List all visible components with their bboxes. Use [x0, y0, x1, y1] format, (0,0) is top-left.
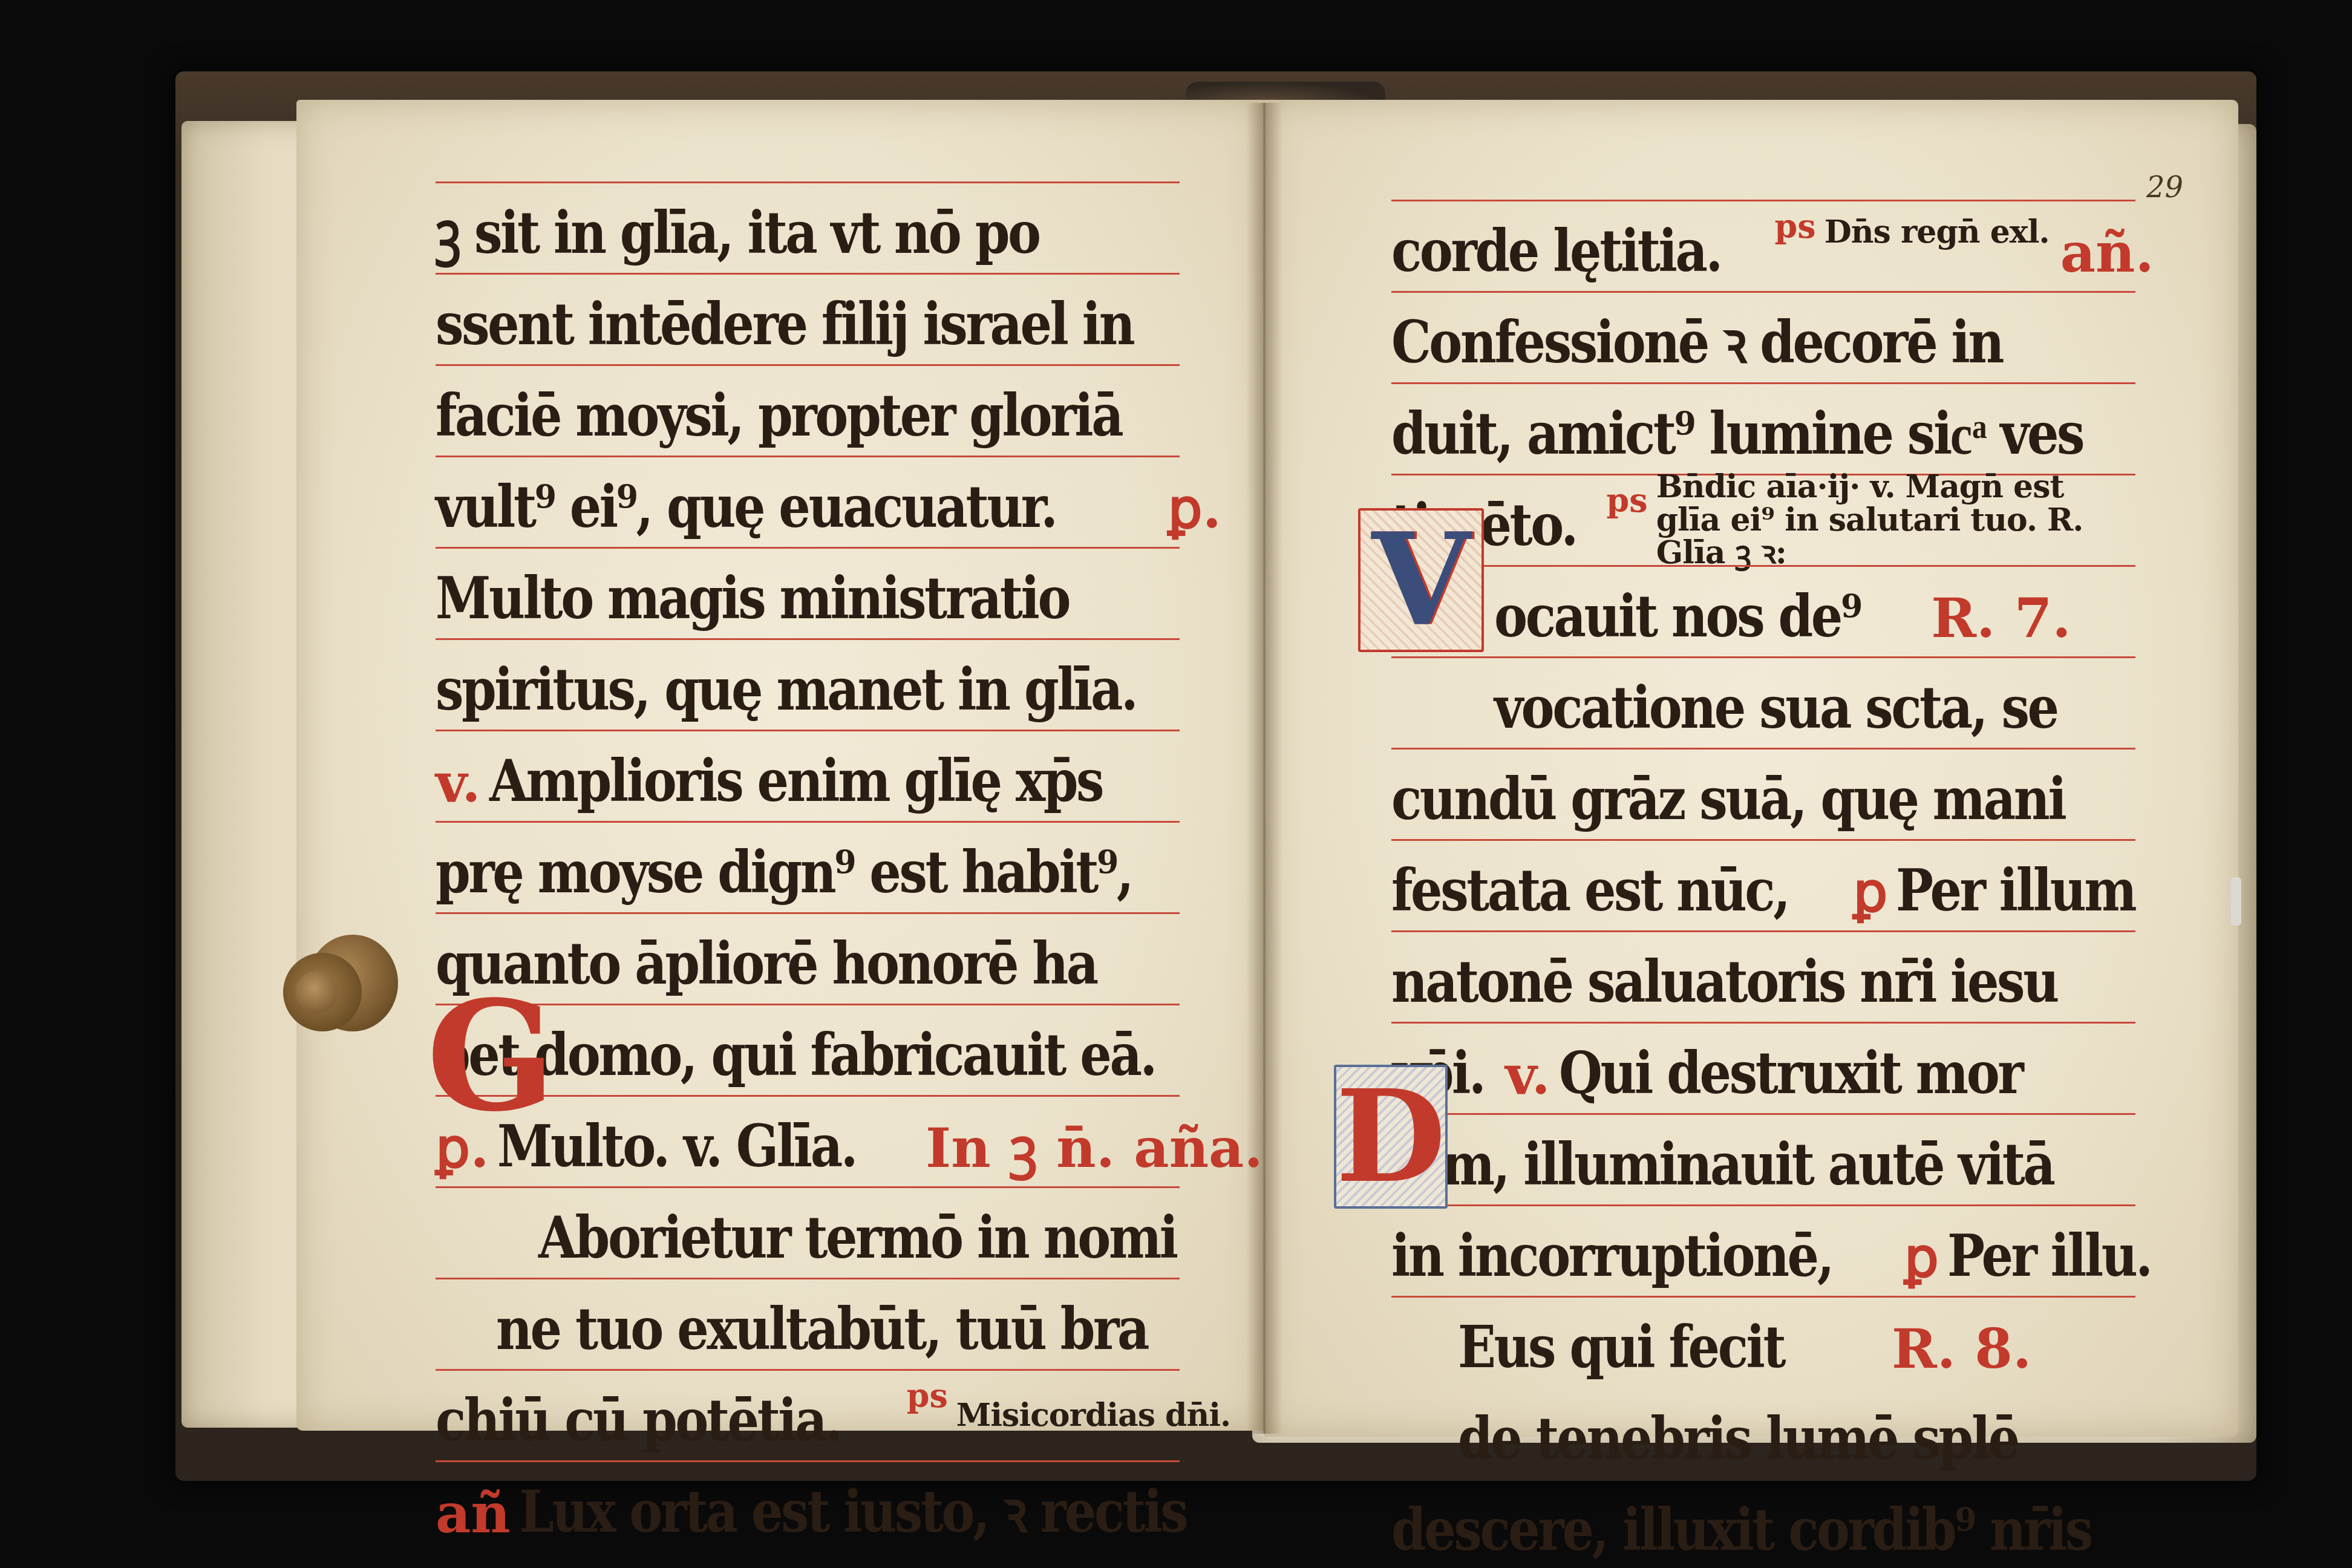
illuminated-initial-v: V: [1358, 508, 1484, 652]
text-line: faciē moysi, propter gloriā: [436, 364, 1180, 456]
text-line: festata est nūc,ꝑPer illum: [1391, 839, 2135, 930]
initial-g: G: [426, 980, 556, 1131]
left-text-column: ꝫ sit in glīa, ita vt nō po ssent intēde…: [436, 181, 1180, 1552]
text-line: vocatione sua scta, se: [1391, 656, 2135, 748]
folio-number: 29: [2146, 171, 2183, 204]
rubric: R. 7.: [1931, 591, 2071, 656]
text-line: Multo magis ministratio: [436, 547, 1180, 638]
rubric: ps: [1774, 210, 1815, 253]
right-text-column: corde lętitia.psDn̄s regn̄ exl.añ. Confe…: [1391, 200, 2135, 1568]
rubric: v.: [436, 756, 481, 821]
text-line: de tenebris lumē splē: [1391, 1387, 2135, 1478]
rubric: añ: [436, 1486, 511, 1552]
text-line: spiritus, quę manet in glīa.: [436, 638, 1180, 730]
text-line: chiū cū potētia.psMisicordias dn̄i.: [436, 1369, 1180, 1460]
text-line: in incorruptionē,ꝑPer illu.: [1391, 1204, 2135, 1296]
text-line: natonē saluatoris nr̄i iesu: [1391, 930, 2135, 1022]
text-line: prę moyse dign⁹ est habit⁹,: [436, 821, 1180, 912]
rubric: ꝑ.: [1168, 482, 1221, 547]
text-line: ssent intēdere filij israel in: [436, 273, 1180, 364]
brass-clasp-icon: [283, 935, 398, 1037]
text-line: ꝫ sit in glīa, ita vt nō po: [436, 181, 1180, 273]
text-line: Eus qui fecitR. 8.: [1391, 1296, 2135, 1387]
text-line: v.Amplioris enim glīę xp̄s: [436, 730, 1180, 821]
text-line: xp̄i.v.Qui destruxit mor: [1391, 1022, 2135, 1113]
text-line: añLux orta est iusto, ꝛ rectis: [436, 1460, 1180, 1552]
rubric: v.: [1505, 1048, 1550, 1113]
text-line: Aborietur termō in nomi: [436, 1186, 1180, 1278]
rubric: ꝑ: [1853, 865, 1887, 930]
text-line: ne tuo exultabūt, tuū bra: [436, 1278, 1180, 1369]
text-line: timēto.psBn̄dic aīa·ij· v. Magn̄ est glī…: [1391, 474, 2135, 565]
manuscript-photo: 29 ꝫ sit in glīa, ita vt nō po ssent int…: [0, 0, 2352, 1568]
rubric: ps: [907, 1379, 948, 1423]
text-line: descere, illuxit cordib⁹ nr̄is: [1391, 1478, 2135, 1568]
text-line: corde lętitia.psDn̄s regn̄ exl.añ.: [1391, 200, 2135, 291]
rubric: R. 8.: [1892, 1322, 2031, 1387]
text-line: cundū grāz suā, quę mani: [1391, 748, 2135, 839]
text-line: tem, illuminauit autē vitā: [1391, 1113, 2135, 1204]
text-line: ocauit nos de⁹R. 7.: [1391, 565, 2135, 656]
rubric: añ.: [2060, 226, 2154, 291]
illuminated-initial-d: D: [1334, 1065, 1448, 1209]
rubric: ps: [1607, 484, 1648, 528]
rubric: In ꝫ n̄. aña.: [926, 1121, 1263, 1186]
gutter: [1246, 103, 1282, 1434]
text-line: Confessionē ꝛ decorē in: [1391, 291, 2135, 382]
text-line: vult⁹ ei⁹, quę euacuatur.ꝑ.: [436, 456, 1180, 547]
page-tab-marker: [2230, 877, 2241, 926]
text-line: duit, amict⁹ lumine sicͣ ves: [1391, 382, 2135, 474]
rubric: ꝑ: [1904, 1230, 1939, 1296]
